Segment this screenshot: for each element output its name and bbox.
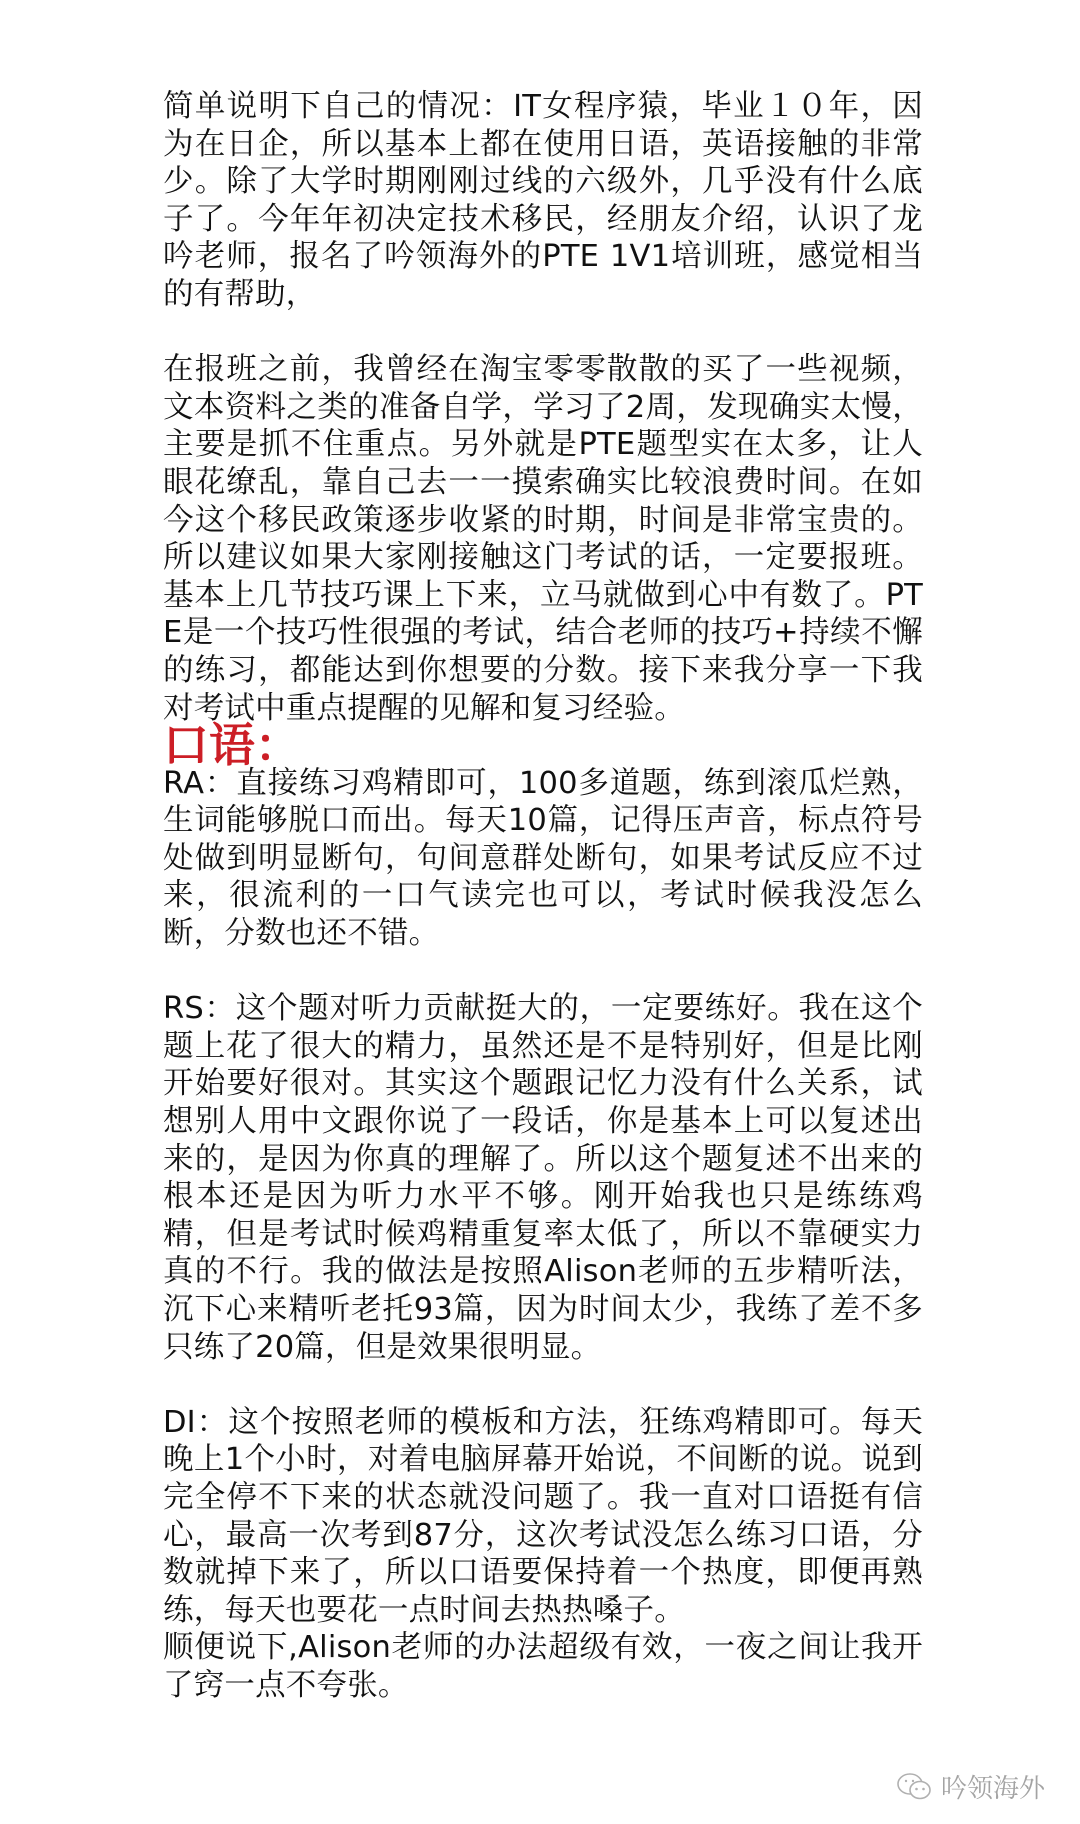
section-heading-speaking: 口语： (163, 727, 923, 765)
watermark-text: 吟领海外 (941, 1768, 1045, 1805)
ra-paragraph: RA：直接练习鸡精即可，100多道题，练到滚瓜烂熟，生词能够脱口而出。每天10篇… (163, 765, 923, 953)
paragraph-spacer (163, 953, 923, 991)
watermark: 吟领海外 (895, 1768, 1045, 1805)
closing-paragraph: 顺便说下,Alison老师的办法超级有效，一夜之间让我开了窍一点不夸张。 (163, 1629, 923, 1704)
di-paragraph: DI：这个按照老师的模板和方法，狂练鸡精即可。每天晚上1个小时，对着电脑屏幕开始… (163, 1404, 923, 1630)
intro-paragraph: 简单说明下自己的情况：IT女程序猿，毕业１０年，因为在日企，所以基本上都在使用日… (163, 88, 923, 314)
wechat-icon (895, 1771, 935, 1803)
paragraph-spacer (163, 1366, 923, 1404)
rs-paragraph: RS：这个题对听力贡献挺大的，一定要练好。我在这个题上花了很大的精力，虽然还是不… (163, 990, 923, 1366)
article-body: 简单说明下自己的情况：IT女程序猿，毕业１０年，因为在日企，所以基本上都在使用日… (163, 88, 923, 1705)
paragraph-spacer (163, 314, 923, 352)
before-class-paragraph: 在报班之前，我曾经在淘宝零零散散的买了一些视频，文本资料之类的准备自学，学习了2… (163, 351, 923, 727)
